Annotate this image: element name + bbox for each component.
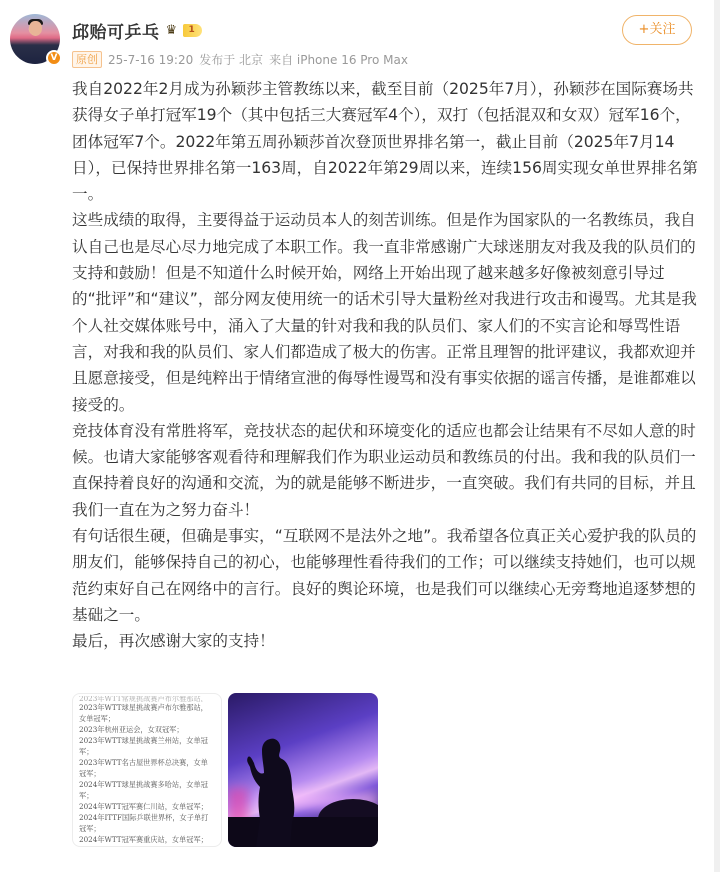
paragraph: 我自2022年2月成为孙颖莎主管教练以来，截至目前（2025年7月），孙颖莎在国… [72,76,702,207]
doc-line: 2024年WTT球星挑战赛多哈站，女单冠 [79,779,215,790]
original-tag: 原创 [72,51,102,68]
verified-icon: V [46,50,62,66]
doc-line: 2023年WTT常规挑战赛卢布尔雅那站， [79,696,215,702]
scrollbar-track[interactable] [714,0,720,872]
crown-icon: ♛ [166,25,182,37]
paragraph: 最后，再次感谢大家的支持！ [72,628,702,654]
doc-line: 冠军； [79,823,215,834]
image-thumb-photo[interactable] [228,693,378,847]
member-level: 1 [183,24,202,37]
avatar[interactable]: V [10,14,60,64]
doc-line: 2023年杭州亚运会，女双冠军； [79,724,215,735]
doc-line: 2023年WTT球星挑战赛卢布尔雅那站， [79,702,215,713]
doc-line: 2023年WTT球星挑战赛兰州站，女单冠 [79,735,215,746]
doc-line: 2024年WTT冠军赛重庆站，女单冠军； [79,834,215,845]
paragraph: 这些成绩的取得，主要得益于运动员本人的刻苦训练。但是作为国家队的一名教练员，我自… [72,207,702,417]
person-silhouette-icon [242,733,302,847]
member-badge[interactable]: ♛ 1 [166,24,202,37]
doc-line: 2024年WTT冠军赛仁川站，女单冠军； [79,801,215,812]
image-thumb-document[interactable]: 2023年WTT常规挑战赛卢布尔雅那站， 2023年WTT球星挑战赛卢布尔雅那站… [72,693,222,847]
author-row: 邱贻可乒乓 ♛ 1 [72,18,202,43]
post-source: 来自 iPhone 16 Pro Max [269,51,408,68]
doc-line: 2024年ITTF国际乒联世界杯，女子单打 [79,812,215,823]
doc-line: 2024年WTT冠军赛澳门站，女单冠军； [79,845,215,847]
avatar-face [29,21,42,36]
post-timestamp[interactable]: 25-7-16 19:20 [108,53,193,67]
post-body: 我自2022年2月成为孙颖莎主管教练以来，截至目前（2025年7月），孙颖莎在国… [72,76,702,655]
doc-line: 2023年WTT名古屋世界杯总决赛，女单 [79,757,215,768]
follow-button[interactable]: +关注 [622,15,692,45]
doc-line: 军； [79,746,215,757]
weibo-post: V 邱贻可乒乓 ♛ 1 原创 25-7-16 19:20 发布于 北京 来自 i… [0,0,714,872]
image-gallery: 2023年WTT常规挑战赛卢布尔雅那站， 2023年WTT球星挑战赛卢布尔雅那站… [72,693,378,847]
post-meta: 原创 25-7-16 19:20 发布于 北京 来自 iPhone 16 Pro… [72,51,408,68]
paragraph: 有句话很生硬，但确是事实，“互联网不是法外之地”。我希望各位真正关心爱护我的队员… [72,523,702,628]
doc-line: 军； [79,790,215,801]
author-name[interactable]: 邱贻可乒乓 [72,18,160,43]
doc-line: 女单冠军； [79,713,215,724]
paragraph: 竞技体育没有常胜将军，竞技状态的起伏和环境变化的适应也都会让结果有不尽如人意的时… [72,418,702,523]
post-location: 发布于 北京 [199,51,263,68]
doc-line: 冠军； [79,768,215,779]
